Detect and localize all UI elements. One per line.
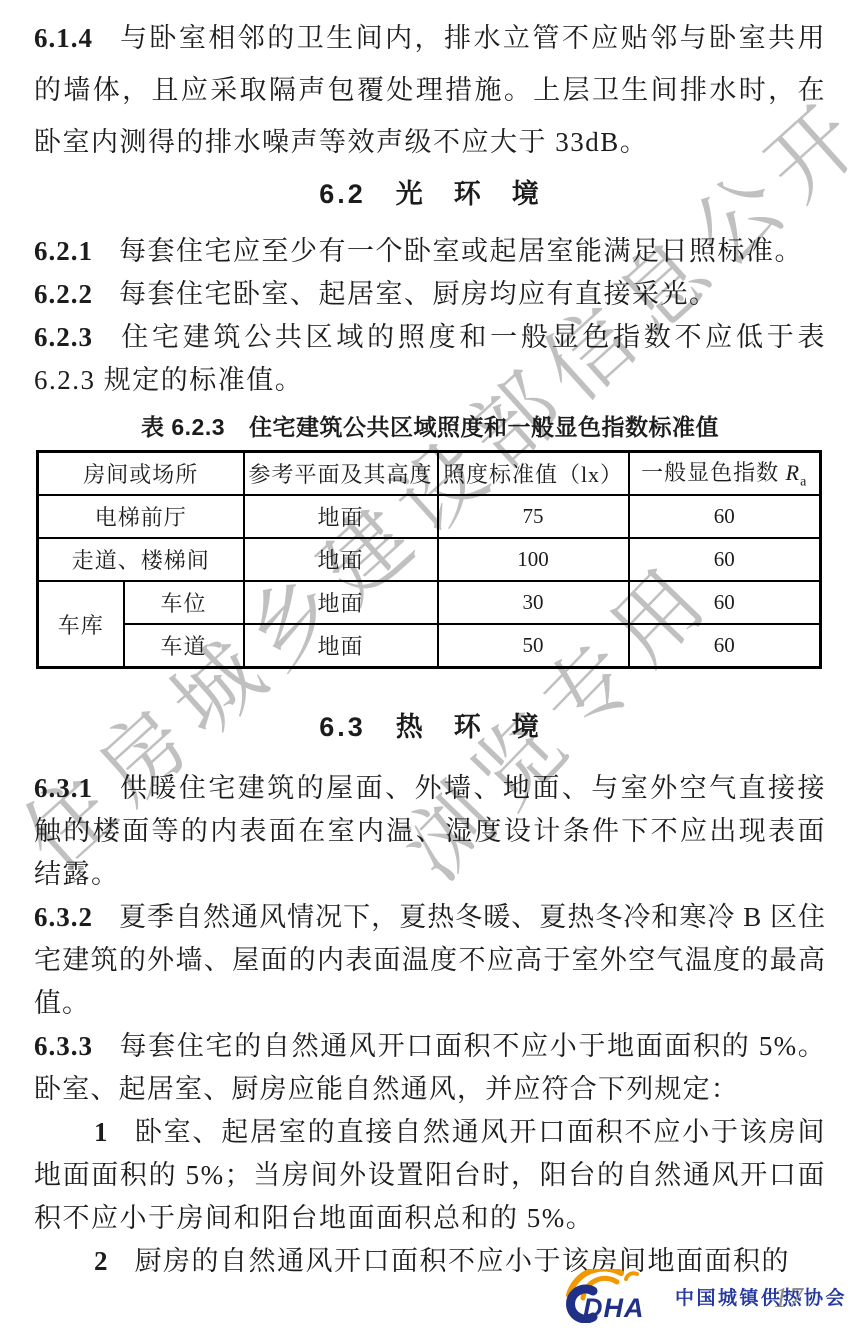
dha-logo-icon: DHA xyxy=(563,1269,667,1323)
cell-lux: 30 xyxy=(438,581,629,624)
subitem-number: 1 xyxy=(94,1117,109,1147)
clause-text: 与卧室相邻的卫生间内，排水立管不应贴邻与卧室共用的墙体，且应采取隔声包覆处理措施… xyxy=(34,23,826,157)
ra-label: 一般显色指数 xyxy=(641,460,786,485)
table-caption: 表 6.2.3住宅建筑公共区域照度和一般显色指数标准值 xyxy=(34,412,826,442)
table-header-row: 房间或场所 参考平面及其高度 照度标准值（lx） 一般显色指数 Ra xyxy=(38,452,821,496)
ra-symbol: R xyxy=(786,460,800,485)
association-logo: DHA 中国城镇供热协会 xyxy=(563,1269,847,1323)
section-number: 6.3 xyxy=(319,712,366,742)
cell-lux: 50 xyxy=(438,624,629,668)
clause-text: 供暖住宅建筑的屋面、外墙、地面、与室外空气直接接触的楼面等的内表面在室内温、湿度… xyxy=(34,773,826,889)
table-row: 走道、楼梯间 地面 100 60 xyxy=(38,538,821,581)
cell-room: 电梯前厅 xyxy=(38,495,244,538)
section-number: 6.2 xyxy=(319,179,366,209)
cell-ra: 60 xyxy=(629,581,821,624)
cell-plane: 地面 xyxy=(244,495,438,538)
clause-number: 6.2.1 xyxy=(34,236,93,266)
cell-room: 车位 xyxy=(124,581,244,624)
clause-text: 每套住宅的自然通风开口面积不应小于地面面积的 5%。卧室、起居室、厨房应能自然通… xyxy=(34,1031,826,1104)
table-row: 车道 地面 50 60 xyxy=(38,624,821,668)
cell-plane: 地面 xyxy=(244,624,438,668)
clause-6-1-4: 6.1.4与卧室相邻的卫生间内，排水立管不应贴邻与卧室共用的墙体，且应采取隔声包… xyxy=(34,12,826,168)
table-header-room: 房间或场所 xyxy=(38,452,244,496)
clause-text: 每套住宅应至少有一个卧室或起居室能满足日照标准。 xyxy=(119,236,803,266)
clause-number: 6.1.4 xyxy=(34,23,93,53)
table-row: 电梯前厅 地面 75 60 xyxy=(38,495,821,538)
clause-6-2-3: 6.2.3住宅建筑公共区域的照度和一般显色指数不应低于表 6.2.3 规定的标准… xyxy=(34,316,826,402)
clause-number: 6.3.3 xyxy=(34,1031,93,1061)
clause-text: 夏季自然通风情况下，夏热冬暖、夏热冬冷和寒冷 B 区住宅建筑的外墙、屋面的内表面… xyxy=(34,902,826,1018)
cell-garage-label: 车库 xyxy=(38,581,124,668)
clause-6-3-1: 6.3.1供暖住宅建筑的屋面、外墙、地面、与室外空气直接接触的楼面等的内表面在室… xyxy=(34,767,826,896)
table-header-ra: 一般显色指数 Ra xyxy=(629,452,821,496)
clause-6-3-3: 6.3.3每套住宅的自然通风开口面积不应小于地面面积的 5%。卧室、起居室、厨房… xyxy=(34,1025,826,1111)
clause-text: 每套住宅卧室、起居室、厨房均应有直接采光。 xyxy=(119,279,718,309)
cell-lux: 100 xyxy=(438,538,629,581)
association-name: 中国城镇供热协会 xyxy=(675,1283,847,1310)
clause-number: 6.3.2 xyxy=(34,902,93,932)
subitem-number: 2 xyxy=(94,1246,109,1276)
clause-number: 6.2.3 xyxy=(34,322,93,352)
page-number: 17 xyxy=(774,1283,804,1315)
cell-plane: 地面 xyxy=(244,581,438,624)
ra-subscript: a xyxy=(800,475,807,490)
cell-ra: 60 xyxy=(629,538,821,581)
subitem-1: 1卧室、起居室的直接自然通风开口面积不应小于该房间地面面积的 5%；当房间外设置… xyxy=(34,1111,826,1240)
cell-plane: 地面 xyxy=(244,538,438,581)
table-row: 车库 车位 地面 30 60 xyxy=(38,581,821,624)
illuminance-table: 房间或场所 参考平面及其高度 照度标准值（lx） 一般显色指数 Ra 电梯前厅 … xyxy=(36,450,822,669)
table-caption-number: 表 6.2.3 xyxy=(141,414,225,440)
table-header-lux: 照度标准值（lx） xyxy=(438,452,629,496)
section-heading-6-3: 6.3热 环 境 xyxy=(34,709,826,745)
subitem-text: 卧室、起居室的直接自然通风开口面积不应小于该房间地面面积的 5%；当房间外设置阳… xyxy=(34,1117,826,1233)
cell-room: 车道 xyxy=(124,624,244,668)
clause-text: 住宅建筑公共区域的照度和一般显色指数不应低于表 6.2.3 规定的标准值。 xyxy=(34,322,826,395)
section-heading-6-2: 6.2光 环 境 xyxy=(34,176,826,212)
cell-ra: 60 xyxy=(629,495,821,538)
document-page: 6.1.4与卧室相邻的卫生间内，排水立管不应贴邻与卧室共用的墙体，且应采取隔声包… xyxy=(0,0,859,1343)
section-title: 热 环 境 xyxy=(396,712,541,742)
section-title: 光 环 境 xyxy=(396,179,541,209)
clause-number: 6.3.1 xyxy=(34,773,93,803)
cell-ra: 60 xyxy=(629,624,821,668)
clause-number: 6.2.2 xyxy=(34,279,93,309)
table-caption-title: 住宅建筑公共区域照度和一般显色指数标准值 xyxy=(249,414,719,440)
cell-lux: 75 xyxy=(438,495,629,538)
clause-6-2-2: 6.2.2每套住宅卧室、起居室、厨房均应有直接采光。 xyxy=(34,273,826,316)
clause-6-2-1: 6.2.1每套住宅应至少有一个卧室或起居室能满足日照标准。 xyxy=(34,230,826,273)
table-header-plane: 参考平面及其高度 xyxy=(244,452,438,496)
clause-6-3-2: 6.3.2夏季自然通风情况下，夏热冬暖、夏热冬冷和寒冷 B 区住宅建筑的外墙、屋… xyxy=(34,896,826,1025)
cell-room: 走道、楼梯间 xyxy=(38,538,244,581)
dha-acronym: DHA xyxy=(583,1293,645,1323)
